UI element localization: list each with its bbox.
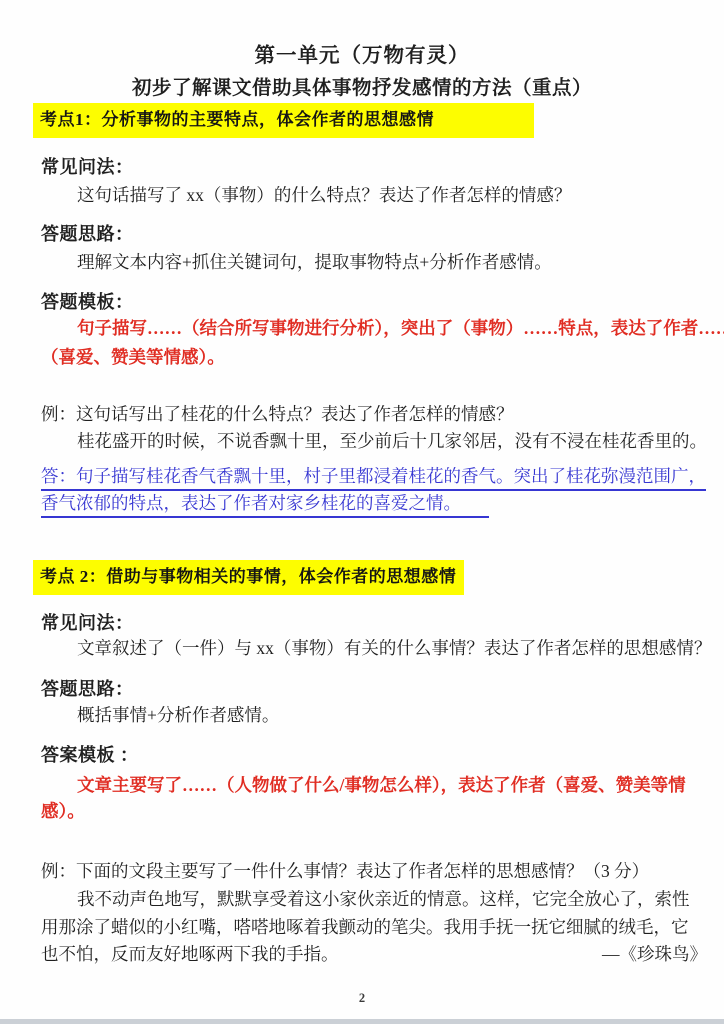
topic1-approach: 理解文本内容+抓住关键词句，提取事物特点+分析作者感情。 [77, 251, 552, 273]
topic2-passage-source: —《珍珠鸟》 [602, 943, 707, 965]
topic1-answer-text: 香气浓郁的特点，表达了作者对家乡桂花的喜爱之情。 [41, 492, 489, 518]
topic1-template-line: 句子描写……（结合所写事物进行分析），突出了（事物）……特点，表达了作者…… [77, 317, 724, 339]
topic2-passage-last-row: 也不怕，反而友好地啄两下我的手指。 —《珍珠鸟》 [41, 943, 707, 965]
topic2-passage-line: 我不动声色地写，默默享受着这小家伙亲近的情意。这样，它完全放心了，索性 [77, 888, 690, 910]
topic1-template-label: 答题模板： [41, 288, 134, 314]
topic2-approach-label: 答题思路： [41, 675, 134, 701]
topic1-answer-line: 答：句子描写桂花香气香飘十里，村子里都浸着桂花的香气。突出了桂花弥漫范围广， [41, 465, 706, 491]
topic2-template-line: 感）。 [41, 800, 85, 822]
topic2-common-question: 文章叙述了（一件）与 xx（事物）有关的什么事情？表达了作者怎样的思想感情？ [77, 637, 711, 659]
topic2-approach: 概括事情+分析作者感情。 [77, 704, 279, 726]
topic1-answer-text: 答：句子描写桂花香气香飘十里，村子里都浸着桂花的香气。突出了桂花弥漫范围广， [41, 465, 706, 491]
page-bottom-edge [0, 1019, 724, 1024]
topic1-common-question-label: 常见问法： [41, 153, 134, 179]
topic1-common-question: 这句话描写了 xx（事物）的什么特点？表达了作者怎样的情感？ [77, 184, 571, 206]
topic1-example-question: 例：这句话写出了桂花的什么特点？表达了作者怎样的情感？ [41, 403, 514, 425]
topic1-approach-label: 答题思路： [41, 220, 134, 246]
topic1-template-line: （喜爱、赞美等情感）。 [41, 346, 225, 368]
topic2-template-label: 答案模板 ： [41, 741, 139, 767]
topic1-example-passage: 桂花盛开的时候，不说香飘十里，至少前后十几家邻居，没有不浸在桂花香里的。 [77, 430, 707, 452]
topic2-common-question-label: 常见问法： [41, 609, 134, 635]
topic2-passage-line: 用那涂了蜡似的小红嘴，嗒嗒地啄着我颤动的笔尖。我用手抚一抚它细腻的绒毛，它 [41, 916, 689, 938]
doc-title: 第一单元（万物有灵） [0, 38, 724, 68]
topic2-passage-line: 也不怕，反而友好地啄两下我的手指。 [41, 943, 339, 965]
page-number: 2 [0, 991, 724, 1006]
topic2-template-line: 文章主要写了……（人物做了什么/事物怎么样），表达了作者（喜爱、赞美等情 [77, 774, 686, 796]
topic2-heading-highlight: 考点 2：借助与事物相关的事情，体会作者的思想感情 [33, 560, 464, 595]
doc-subtitle: 初步了解课文借助具体事物抒发感情的方法（重点） [0, 72, 724, 100]
document-page: 第一单元（万物有灵） 初步了解课文借助具体事物抒发感情的方法（重点） 考点1：分… [0, 0, 724, 1024]
topic1-heading-highlight: 考点1：分析事物的主要特点，体会作者的思想感情 [33, 103, 534, 138]
topic2-example-question: 例：下面的文段主要写了一件什么事情？表达了作者怎样的思想感情？（3 分） [41, 860, 649, 882]
topic1-answer-line: 香气浓郁的特点，表达了作者对家乡桂花的喜爱之情。 [41, 492, 489, 518]
